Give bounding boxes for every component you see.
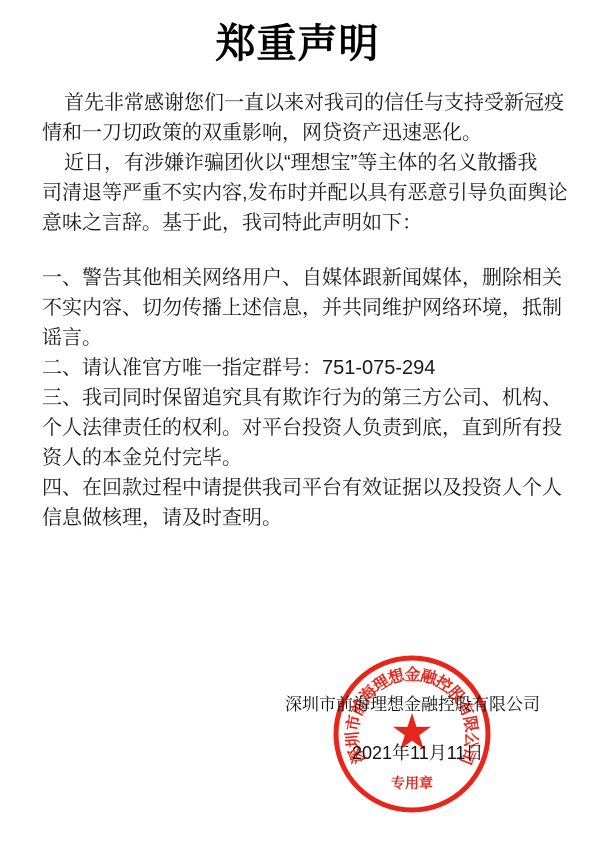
paragraph-gap bbox=[42, 238, 575, 263]
list-item-line: 资人的本金兑付完毕。 bbox=[42, 443, 575, 473]
list-item-line: 谣言。 bbox=[42, 323, 575, 353]
statement-body: 首先非常感谢您们一直以来对我司的信任与支持受新冠疫 情和一刀切政策的双重影响，网… bbox=[42, 88, 575, 533]
list-item-line: 不实内容、切勿传播上述信息，并共同维护网络环境，抵制 bbox=[42, 293, 575, 323]
paragraph-line: 情和一刀切政策的双重影响，网贷资产迅速恶化。 bbox=[42, 118, 575, 148]
paragraph-line: 近日，有涉嫌诈骗团伙以“理想宝”等主体的名义散播我 bbox=[42, 148, 575, 178]
list-item-line: 信息做核理，请及时查明。 bbox=[42, 503, 575, 533]
signature-company: 深圳市前海理想金融控股有限公司 bbox=[285, 694, 540, 715]
seal-label: 专用章 bbox=[391, 775, 433, 791]
list-item-line: 个人法律责任的权利。对平台投资人负责到底，直到所有投 bbox=[42, 413, 575, 443]
list-item-line: 二、请认准官方唯一指定群号：751-075-294 bbox=[42, 353, 575, 383]
paragraph-line: 意味之言辞。基于此，我司特此声明如下： bbox=[42, 208, 575, 238]
paragraph-intro-2: 近日，有涉嫌诈骗团伙以“理想宝”等主体的名义散播我 司清退等严重不实内容,发布时… bbox=[42, 148, 575, 238]
document-page: 郑重声明 首先非常感谢您们一直以来对我司的信任与支持受新冠疫 情和一刀切政策的双… bbox=[0, 0, 595, 842]
list-item-line: 三、我司同时保留追究具有欺诈行为的第三方公司、机构、 bbox=[42, 383, 575, 413]
company-seal: 深圳市前海理想金融控股有限公司 专用章 bbox=[330, 652, 494, 816]
paragraph-intro-1: 首先非常感谢您们一直以来对我司的信任与支持受新冠疫 情和一刀切政策的双重影响，网… bbox=[42, 88, 575, 148]
list-item-line: 四、在回款过程中请提供我司平台有效证据以及投资人个人 bbox=[42, 473, 575, 503]
list-item-4: 四、在回款过程中请提供我司平台有效证据以及投资人个人 信息做核理，请及时查明。 bbox=[42, 473, 575, 533]
statement-title: 郑重声明 bbox=[0, 21, 595, 67]
paragraph-line: 司清退等严重不实内容,发布时并配以具有恶意引导负面舆论 bbox=[42, 178, 575, 208]
list-item-3: 三、我司同时保留追究具有欺诈行为的第三方公司、机构、 个人法律责任的权利。对平台… bbox=[42, 383, 575, 473]
list-item-1: 一、警告其他相关网络用户、自媒体跟新闻媒体，删除相关 不实内容、切勿传播上述信息… bbox=[42, 263, 575, 353]
signature-date: 2021年11月11日 bbox=[352, 742, 483, 764]
list-item-line: 一、警告其他相关网络用户、自媒体跟新闻媒体，删除相关 bbox=[42, 263, 575, 293]
paragraph-line: 首先非常感谢您们一直以来对我司的信任与支持受新冠疫 bbox=[42, 88, 575, 118]
list-item-2: 二、请认准官方唯一指定群号：751-075-294 bbox=[42, 353, 575, 383]
